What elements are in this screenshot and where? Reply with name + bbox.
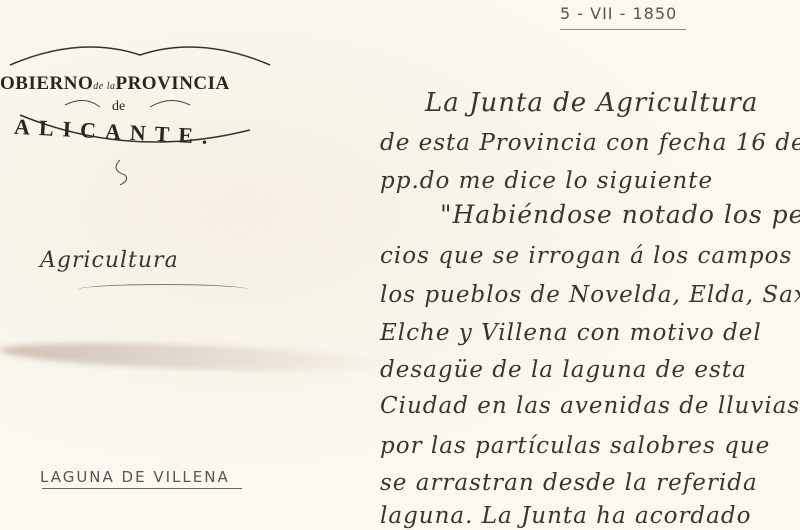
flourish-ornament-icon bbox=[0, 35, 275, 185]
letterhead-de: de bbox=[112, 99, 125, 115]
body-line: cios que se irrogan á los campos de bbox=[380, 243, 800, 269]
subject-underline bbox=[78, 284, 248, 295]
subject-heading: Agricultura bbox=[40, 248, 179, 273]
body-line: Ciudad en las avenidas de lluvias bbox=[380, 393, 800, 419]
date-note: 5 - VII - 1850 bbox=[560, 4, 677, 23]
document-page: OBIERNOde laPROVINCIA de ALICANTE. 5 - V… bbox=[0, 0, 800, 530]
letterhead-title: OBIERNOde laPROVINCIA bbox=[0, 73, 230, 95]
body-line: Elche y Villena con motivo del bbox=[380, 320, 762, 346]
archive-label: LAGUNA DE VILLENA bbox=[40, 468, 230, 486]
body-line: "Habiéndose notado los perjui- bbox=[440, 200, 800, 229]
body-line: de esta Provincia con fecha 16 del bbox=[380, 130, 800, 156]
body-line: desagüe de la laguna de esta bbox=[380, 357, 747, 383]
body-line: los pueblos de Novelda, Elda, Sax, bbox=[380, 282, 800, 308]
body-line: La Junta de Agricultura bbox=[425, 88, 758, 118]
date-underline bbox=[560, 29, 686, 30]
archive-label-underline bbox=[42, 488, 242, 489]
body-line: por las partículas salobres que bbox=[380, 433, 770, 459]
ink-smudge bbox=[0, 338, 380, 375]
letterhead: OBIERNOde laPROVINCIA de ALICANTE. bbox=[0, 35, 275, 185]
body-line: se arrastran desde la referida bbox=[380, 470, 758, 496]
body-line: pp.do me dice lo siguiente bbox=[380, 168, 713, 194]
body-line: laguna. La Junta ha acordado bbox=[380, 503, 751, 529]
